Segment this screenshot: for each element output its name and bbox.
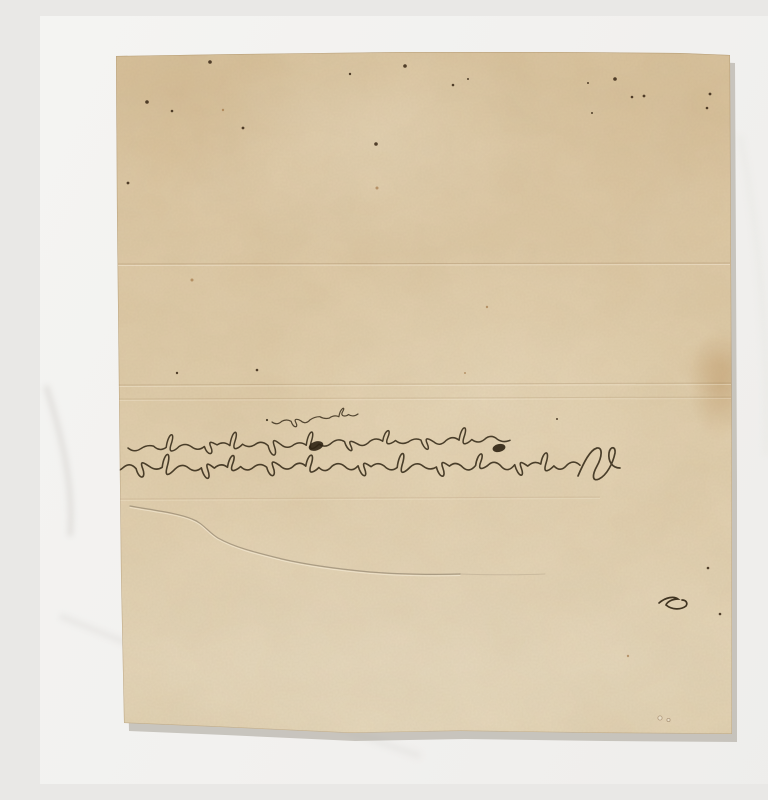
left-margin-mark xyxy=(106,428,111,471)
manuscript-photo: Aged, toned laid-paper sheet photographe… xyxy=(40,16,768,784)
manuscript-sheet xyxy=(40,16,768,784)
